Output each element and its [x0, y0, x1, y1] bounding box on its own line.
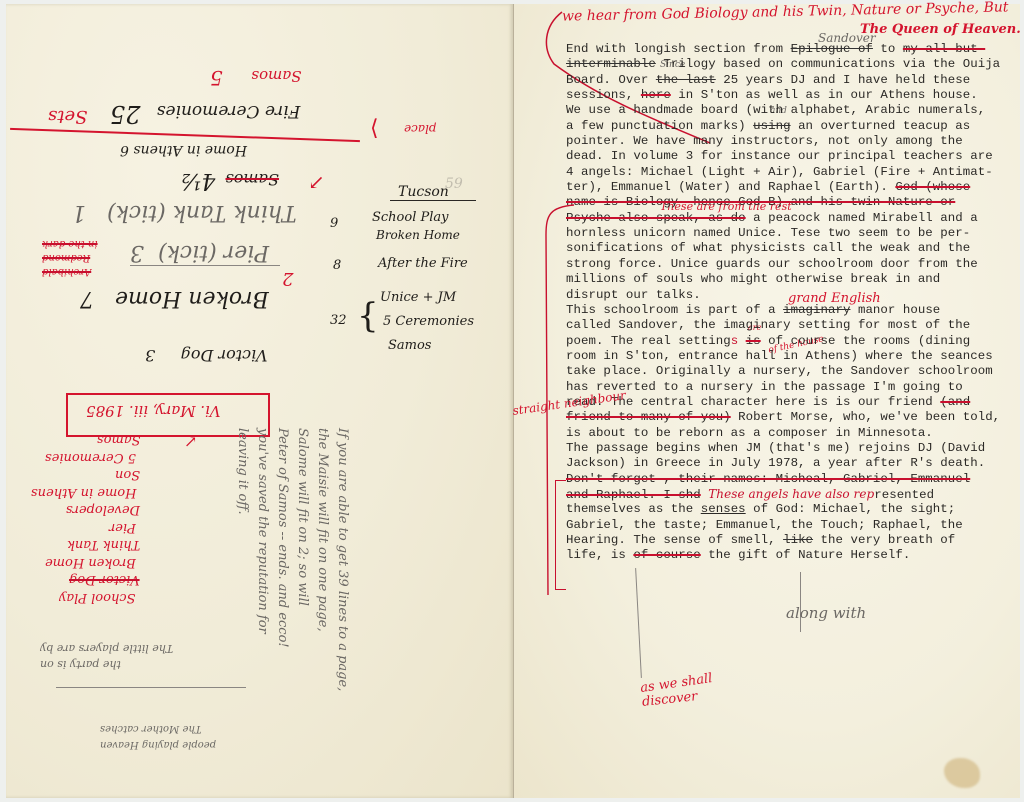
- red-list-item: Home in Athens: [31, 485, 136, 500]
- typed-line: End with longish section from Epilogue o…: [566, 42, 1016, 57]
- typed-segment: is about to be reborn as a composer in M…: [566, 426, 933, 440]
- red-box-text: Vi. Mary, iii. 1985: [86, 402, 221, 420]
- typed-line: millions of souls who might otherwise br…: [566, 272, 1016, 287]
- typed-line: read. The central character here is is o…: [566, 395, 1016, 410]
- typed-segment: Trilogy based on communications via the …: [656, 57, 1000, 71]
- red-list-item: Victor Dog: [69, 572, 140, 587]
- typed-line: Hearing. The sense of smell, like the ve…: [566, 533, 1016, 548]
- struck-note: Archibald: [42, 266, 91, 277]
- typed-line: sessions, here in S'ton as well as in ou…: [566, 88, 1016, 103]
- typed-segment: resented: [874, 488, 934, 502]
- typed-line: disrupt our talks.: [566, 288, 1016, 303]
- typed-line: sonifications of what physicists call th…: [566, 241, 1016, 256]
- upside-title: Samos: [226, 170, 280, 189]
- typed-segment: in S'ton as well as in our Athens house.: [671, 88, 978, 102]
- typed-segment: strong force. Unice guards our schoolroo…: [566, 257, 978, 271]
- typed-line: has reverted to a nursery in the passage…: [566, 380, 1016, 395]
- typed-segment: name is Biology--hence God B) and his tw…: [566, 195, 955, 209]
- upside-count: 7: [80, 286, 94, 311]
- typed-line: Jackson) in Greece in July 1978, a year …: [566, 456, 1016, 471]
- typed-segment: [738, 334, 746, 348]
- typed-segment: the very breath of: [813, 533, 955, 547]
- pencil-note-line: the Maisie will fit on one page,: [315, 428, 330, 632]
- typed-segment: poem. The real setting: [566, 334, 731, 348]
- typed-line: take place. Originally a nursery, the Sa…: [566, 364, 1016, 379]
- typed-line: pointer. We have many instructors, not o…: [566, 134, 1016, 149]
- tucson-brace: {: [357, 296, 379, 336]
- upside-row: Home in Athens 6: [120, 142, 247, 158]
- red-list-item: Think Tank: [67, 537, 140, 552]
- upside-title: Broken Home: [115, 286, 269, 311]
- red-arrow-up-icon: ↗: [184, 432, 197, 451]
- typed-segment: Robert Morse, who, we've been told,: [731, 410, 1000, 424]
- typed-segment: here: [641, 88, 671, 102]
- typed-segment: millions of souls who might otherwise br…: [566, 272, 940, 286]
- red-box-angels: [555, 480, 566, 590]
- typed-segment: This schoolroom is part of a: [566, 303, 783, 317]
- note-along-with: along with: [786, 604, 866, 622]
- tucson-item: Unice + JM: [380, 290, 456, 305]
- typed-segment: manor house: [850, 303, 940, 317]
- typed-segment: take place. Originally a nursery, the Sa…: [566, 364, 993, 378]
- tucson-item: Samos: [388, 338, 431, 353]
- upside-title: Samos: [251, 67, 301, 85]
- upside-row: Fire Ceremonies 25: [110, 100, 300, 128]
- typed-line: We use a handmade board (with alphabet, …: [566, 103, 1016, 118]
- typed-segment: the gift of Nature Herself.: [701, 548, 911, 562]
- typed-segment: a peacock named Mirabell and a: [746, 211, 978, 225]
- typed-segment: hornless unicorn named Unice. Tese two s…: [566, 226, 970, 240]
- typed-segment: sessions,: [566, 88, 641, 102]
- pencil-line: The little players are by: [40, 640, 173, 656]
- red-list-item: Pier: [109, 520, 136, 535]
- typed-segment: interminable: [566, 57, 656, 71]
- typed-segment: a few punctuation marks): [566, 119, 753, 133]
- upside-title: Victor Dog: [181, 346, 268, 365]
- typed-segment: room in S'ton, entrance hall in Athens) …: [566, 349, 993, 363]
- red-list-item: Samos: [97, 432, 140, 447]
- pencil-line: the party is on: [40, 656, 173, 672]
- typed-segment: We use a handmade board (with alphabet, …: [566, 103, 985, 117]
- typed-segment: pointer. We have many instructors, not o…: [566, 134, 963, 148]
- typed-line: dead. In volume 3 for instance our princ…: [566, 149, 1016, 164]
- typed-body: End with longish section from Epilogue o…: [566, 42, 1016, 564]
- typed-segment: Jackson) in Greece in July 1978, a year …: [566, 456, 985, 470]
- typed-line: strong force. Unice guards our schoolroo…: [566, 257, 1016, 272]
- typed-segment: imaginary: [783, 303, 850, 317]
- pencil-divider-bottom: [56, 687, 246, 688]
- tucson-heading: Tucson: [398, 184, 449, 200]
- typed-line: ter), Emmanuel (Water) and Raphael (Eart…: [566, 180, 1016, 195]
- upside-count: 3: [130, 240, 144, 265]
- typed-segment: using: [753, 119, 790, 133]
- tucson-item: School Play: [372, 210, 449, 225]
- typed-segment: End with longish section from: [566, 42, 791, 56]
- typed-segment: senses: [701, 502, 746, 516]
- upside-title: Home in Athens: [133, 142, 247, 158]
- pencil-note-line: you've saved the reputation for: [255, 428, 270, 634]
- upside-count: 5: [210, 66, 223, 90]
- typed-segment: sonifications of what physicists call th…: [566, 241, 970, 255]
- typed-segment: disrupt our talks.: [566, 288, 701, 302]
- upside-row: Samos 4½: [180, 168, 279, 193]
- typed-line: Gabriel, the taste; Emmanuel, the Touch;…: [566, 518, 1016, 533]
- typed-line: and Raphael. I shd These angels have als…: [566, 487, 1016, 502]
- typed-line: Psyche also speak, as do a peacock named…: [566, 211, 1016, 226]
- red-list-item: School Play: [59, 590, 136, 605]
- pencil-number-faint: 59: [445, 176, 463, 192]
- typed-segment: Hearing. The sense of smell,: [566, 533, 783, 547]
- typed-line: name is Biology--hence God B) and his tw…: [566, 195, 1016, 210]
- typed-segment: (and: [940, 395, 970, 409]
- tucson-count-1: 9: [330, 216, 338, 231]
- struck-text: Archibald: [42, 266, 91, 277]
- pencil-note-line: If you are able to get 39 lines to a pag…: [335, 428, 350, 691]
- typed-segment: to: [873, 42, 903, 56]
- typed-line: The passage begins when JM (that's me) r…: [566, 441, 1016, 456]
- red-list: Samos5 CeremoniesSonHome in AthensDevelo…: [44, 432, 140, 612]
- red-arrow-left-icon: ⟨: [370, 116, 379, 141]
- typed-line: poem. The real settings is of course the…: [566, 334, 1016, 349]
- pencil-bottom-note-2: people playing Heaven The Mother catches: [100, 720, 216, 752]
- pencil-note-line: Peter of Samos -- ends. and ecco!: [275, 428, 290, 648]
- typed-segment: dead. In volume 3 for instance our princ…: [566, 149, 993, 163]
- typed-line: room in S'ton, entrance hall in Athens) …: [566, 349, 1016, 364]
- typed-line: Board. Over the last 25 years DJ and I h…: [566, 73, 1016, 88]
- typed-segment: has reverted to a nursery in the passage…: [566, 380, 963, 394]
- pencil-divider: [130, 265, 280, 266]
- upside-count: 1: [72, 200, 86, 225]
- typed-segment: God (whose: [895, 180, 970, 194]
- typed-line: friend to many of you) Robert Morse, who…: [566, 410, 1016, 425]
- typed-segment: the last: [656, 73, 716, 87]
- typed-line: a few punctuation marks) using an overtu…: [566, 119, 1016, 134]
- typed-segment: called Sandover, the imaginary setting f…: [566, 318, 970, 332]
- top-annotation-line-2: The Queen of Heaven.: [860, 22, 1021, 37]
- typed-segment: Psyche also speak, as do: [566, 211, 746, 225]
- page-fold: [513, 4, 514, 798]
- struck-text: in the dark: [42, 238, 98, 249]
- red-list-item: 5 Ceremonies: [45, 450, 136, 465]
- typed-segment: The passage begins when JM (that's me) r…: [566, 441, 985, 455]
- upside-row: Pier (tick) 3: [130, 240, 269, 265]
- red-list-item: Son: [115, 467, 140, 482]
- upside-count: 6: [120, 142, 129, 158]
- tucson-item: 5 Ceremonies: [383, 314, 474, 329]
- upside-row: Broken Home 7: [80, 286, 269, 311]
- typed-line: interminable Trilogy based on communicat…: [566, 57, 1016, 72]
- typed-segment: Board. Over: [566, 73, 656, 87]
- pencil-line: The Mother catches: [100, 720, 216, 736]
- tucson-count-3: 32: [330, 313, 347, 328]
- typed-segment: These angels have also rep: [708, 487, 874, 501]
- struck-note: in the dark: [42, 238, 98, 249]
- typed-segment: of course: [633, 548, 700, 562]
- pencil-vertical-note: If you are able to get 39 lines to a pag…: [230, 428, 350, 748]
- typed-segment: my all-but-: [903, 42, 985, 56]
- upside-count: 4½: [180, 168, 215, 193]
- typed-segment: 4 angels: Michael (Light + Air), Gabriel…: [566, 165, 993, 179]
- upside-title: Think Tank (tick): [107, 200, 297, 225]
- pencil-note-line: Salome will fit on 2; so will: [295, 428, 310, 606]
- upside-title: Fire Ceremonies: [157, 101, 301, 121]
- struck-note: Redmond: [42, 252, 90, 263]
- red-list-item: Broken Home: [45, 555, 136, 570]
- typed-segment: ter), Emmanuel (Water) and Raphael (Eart…: [566, 180, 895, 194]
- typed-line: is about to be reborn as a composer in M…: [566, 426, 1016, 441]
- typed-segment: of God: Michael, the sight;: [746, 502, 956, 516]
- typed-segment: Epilogue of: [791, 42, 873, 56]
- typed-segment: is: [746, 334, 761, 348]
- typed-line: themselves as the senses of God: Michael…: [566, 502, 1016, 517]
- upside-row: Think Tank (tick) 1: [72, 200, 297, 225]
- pencil-line-along: [800, 572, 801, 632]
- typed-segment: themselves as the: [566, 502, 701, 516]
- pencil-note-line: leaving it off.: [235, 428, 250, 515]
- pencil-bottom-note-1: the party is on The little players are b…: [40, 640, 173, 672]
- typed-segment: friend to many of you): [566, 410, 731, 424]
- struck-text: Redmond: [42, 252, 90, 263]
- typed-segment: an overturned teacup as: [791, 119, 971, 133]
- tucson-item: After the Fire: [378, 256, 468, 271]
- upside-count: 3: [145, 346, 155, 365]
- typed-segment: and Raphael. I shd: [566, 488, 701, 502]
- typed-segment: of course the rooms (dining: [761, 334, 971, 348]
- tucson-item: Broken Home: [376, 228, 460, 242]
- margin-place: place: [404, 122, 437, 136]
- typed-line: This schoolroom is part of a imaginary m…: [566, 303, 1016, 318]
- typed-line: life, is of course the gift of Nature He…: [566, 548, 1016, 563]
- typed-line: 4 angels: Michael (Light + Air), Gabriel…: [566, 165, 1016, 180]
- upside-count: 25: [110, 100, 141, 128]
- typed-line: Don't forget , their names: Micheal, Gab…: [566, 472, 1016, 487]
- red-arrow-down-icon: ↙: [308, 170, 325, 194]
- tucson-count-2: 8: [333, 258, 341, 273]
- paper-stain: [944, 758, 980, 788]
- upside-row: Samos 5: [210, 66, 302, 90]
- margin-sets: Sets: [48, 106, 87, 127]
- pencil-line: people playing Heaven: [100, 736, 216, 752]
- margin-two: 2: [282, 268, 293, 289]
- typed-segment: Gabriel, the taste; Emmanuel, the Touch;…: [566, 518, 963, 532]
- typed-line: called Sandover, the imaginary setting f…: [566, 318, 1016, 333]
- tucson-underline: [390, 200, 476, 201]
- upside-row: Victor Dog 3: [145, 346, 267, 365]
- upside-title: Pier (tick): [158, 240, 269, 265]
- typed-segment: Don't forget , their names: Micheal, Gab…: [566, 472, 970, 486]
- typed-line: hornless unicorn named Unice. Tese two s…: [566, 226, 1016, 241]
- typed-segment: 25 years DJ and I have held these: [716, 73, 971, 87]
- red-list-item: Developers: [66, 502, 140, 517]
- typed-segment: like: [783, 533, 813, 547]
